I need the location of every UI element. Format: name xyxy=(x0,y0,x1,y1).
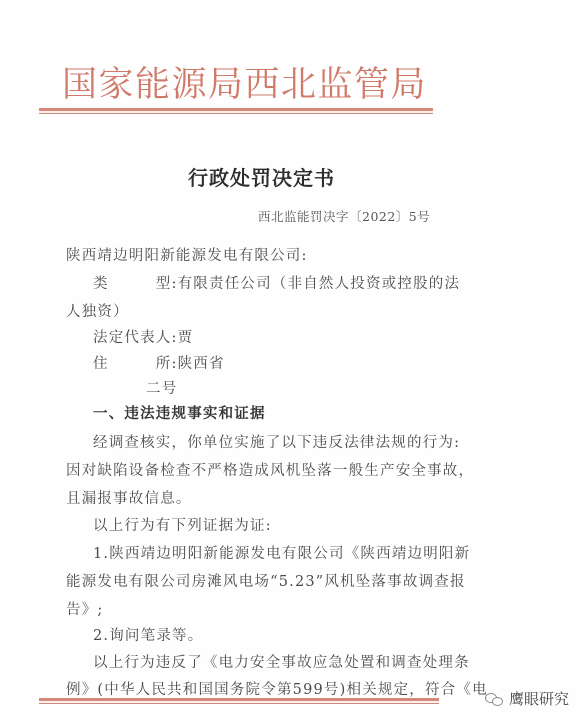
violation-line1: 以上行为违反了《电力安全事故应急处置和调查处理条 xyxy=(93,651,433,672)
evidence2: 2.询问笔录等。 xyxy=(93,624,433,645)
legal-rep-row: 法定代表人:贾 xyxy=(93,326,433,347)
document-number: 西北监能罚决字〔2022〕5号 xyxy=(258,207,430,225)
watermark: 鹰眼研究 xyxy=(485,688,569,709)
recipient: 陕西靖边明阳新能源发电有限公司: xyxy=(66,244,406,265)
legal-rep-value: 贾 xyxy=(178,330,194,346)
agency-header: 国家能源局西北监管局 xyxy=(62,57,412,107)
evidence1-line1: 1.陕西靖边明阳新能源发电有限公司《陕西靖边明阳新 xyxy=(93,542,433,563)
type-row: 类 型:有限责任公司（非自然人投资或控股的法 xyxy=(93,272,433,293)
type-label: 类 型: xyxy=(93,276,178,292)
violation-line2: 例》(中华人民共和国国务院令第599号)相关规定，符合《电 xyxy=(66,678,406,699)
type-value: 有限责任公司（非自然人投资或控股的法 xyxy=(178,276,461,292)
legal-rep-label: 法定代表人: xyxy=(93,330,178,346)
address-row: 住 所:陕西省 xyxy=(93,352,433,373)
para1-line2: 因对缺陷设备检查不严格造成风机坠落一般生产安全事故， xyxy=(66,459,406,480)
evidence1-line2: 能源发电有限公司房滩风电场“5.23”风机坠落事故调查报 xyxy=(66,570,406,591)
wechat-icon xyxy=(485,691,505,707)
address-value-cont: 二号 xyxy=(146,377,486,398)
evidence1-line3: 告》; xyxy=(66,598,406,619)
para1-line3: 且漏报事故信息。 xyxy=(66,487,406,508)
document-title: 行政处罚决定书 xyxy=(0,162,581,191)
address-label: 住 所: xyxy=(93,356,178,372)
document-page: 国家能源局西北监管局 行政处罚决定书 西北监能罚决字〔2022〕5号 陕西靖边明… xyxy=(0,0,581,725)
watermark-label: 鹰眼研究 xyxy=(509,688,569,709)
address-value: 陕西省 xyxy=(178,356,225,372)
evidence-intro: 以上行为有下列证据为证: xyxy=(93,514,433,535)
para1-line1: 经调查核实，你单位实施了以下违反法律法规的行为: xyxy=(93,431,433,452)
section-heading: 一、违法违规事实和证据 xyxy=(93,402,433,423)
type-value-cont: 人独资） xyxy=(66,300,406,321)
header-divider xyxy=(39,108,433,114)
footer-divider xyxy=(39,698,439,704)
